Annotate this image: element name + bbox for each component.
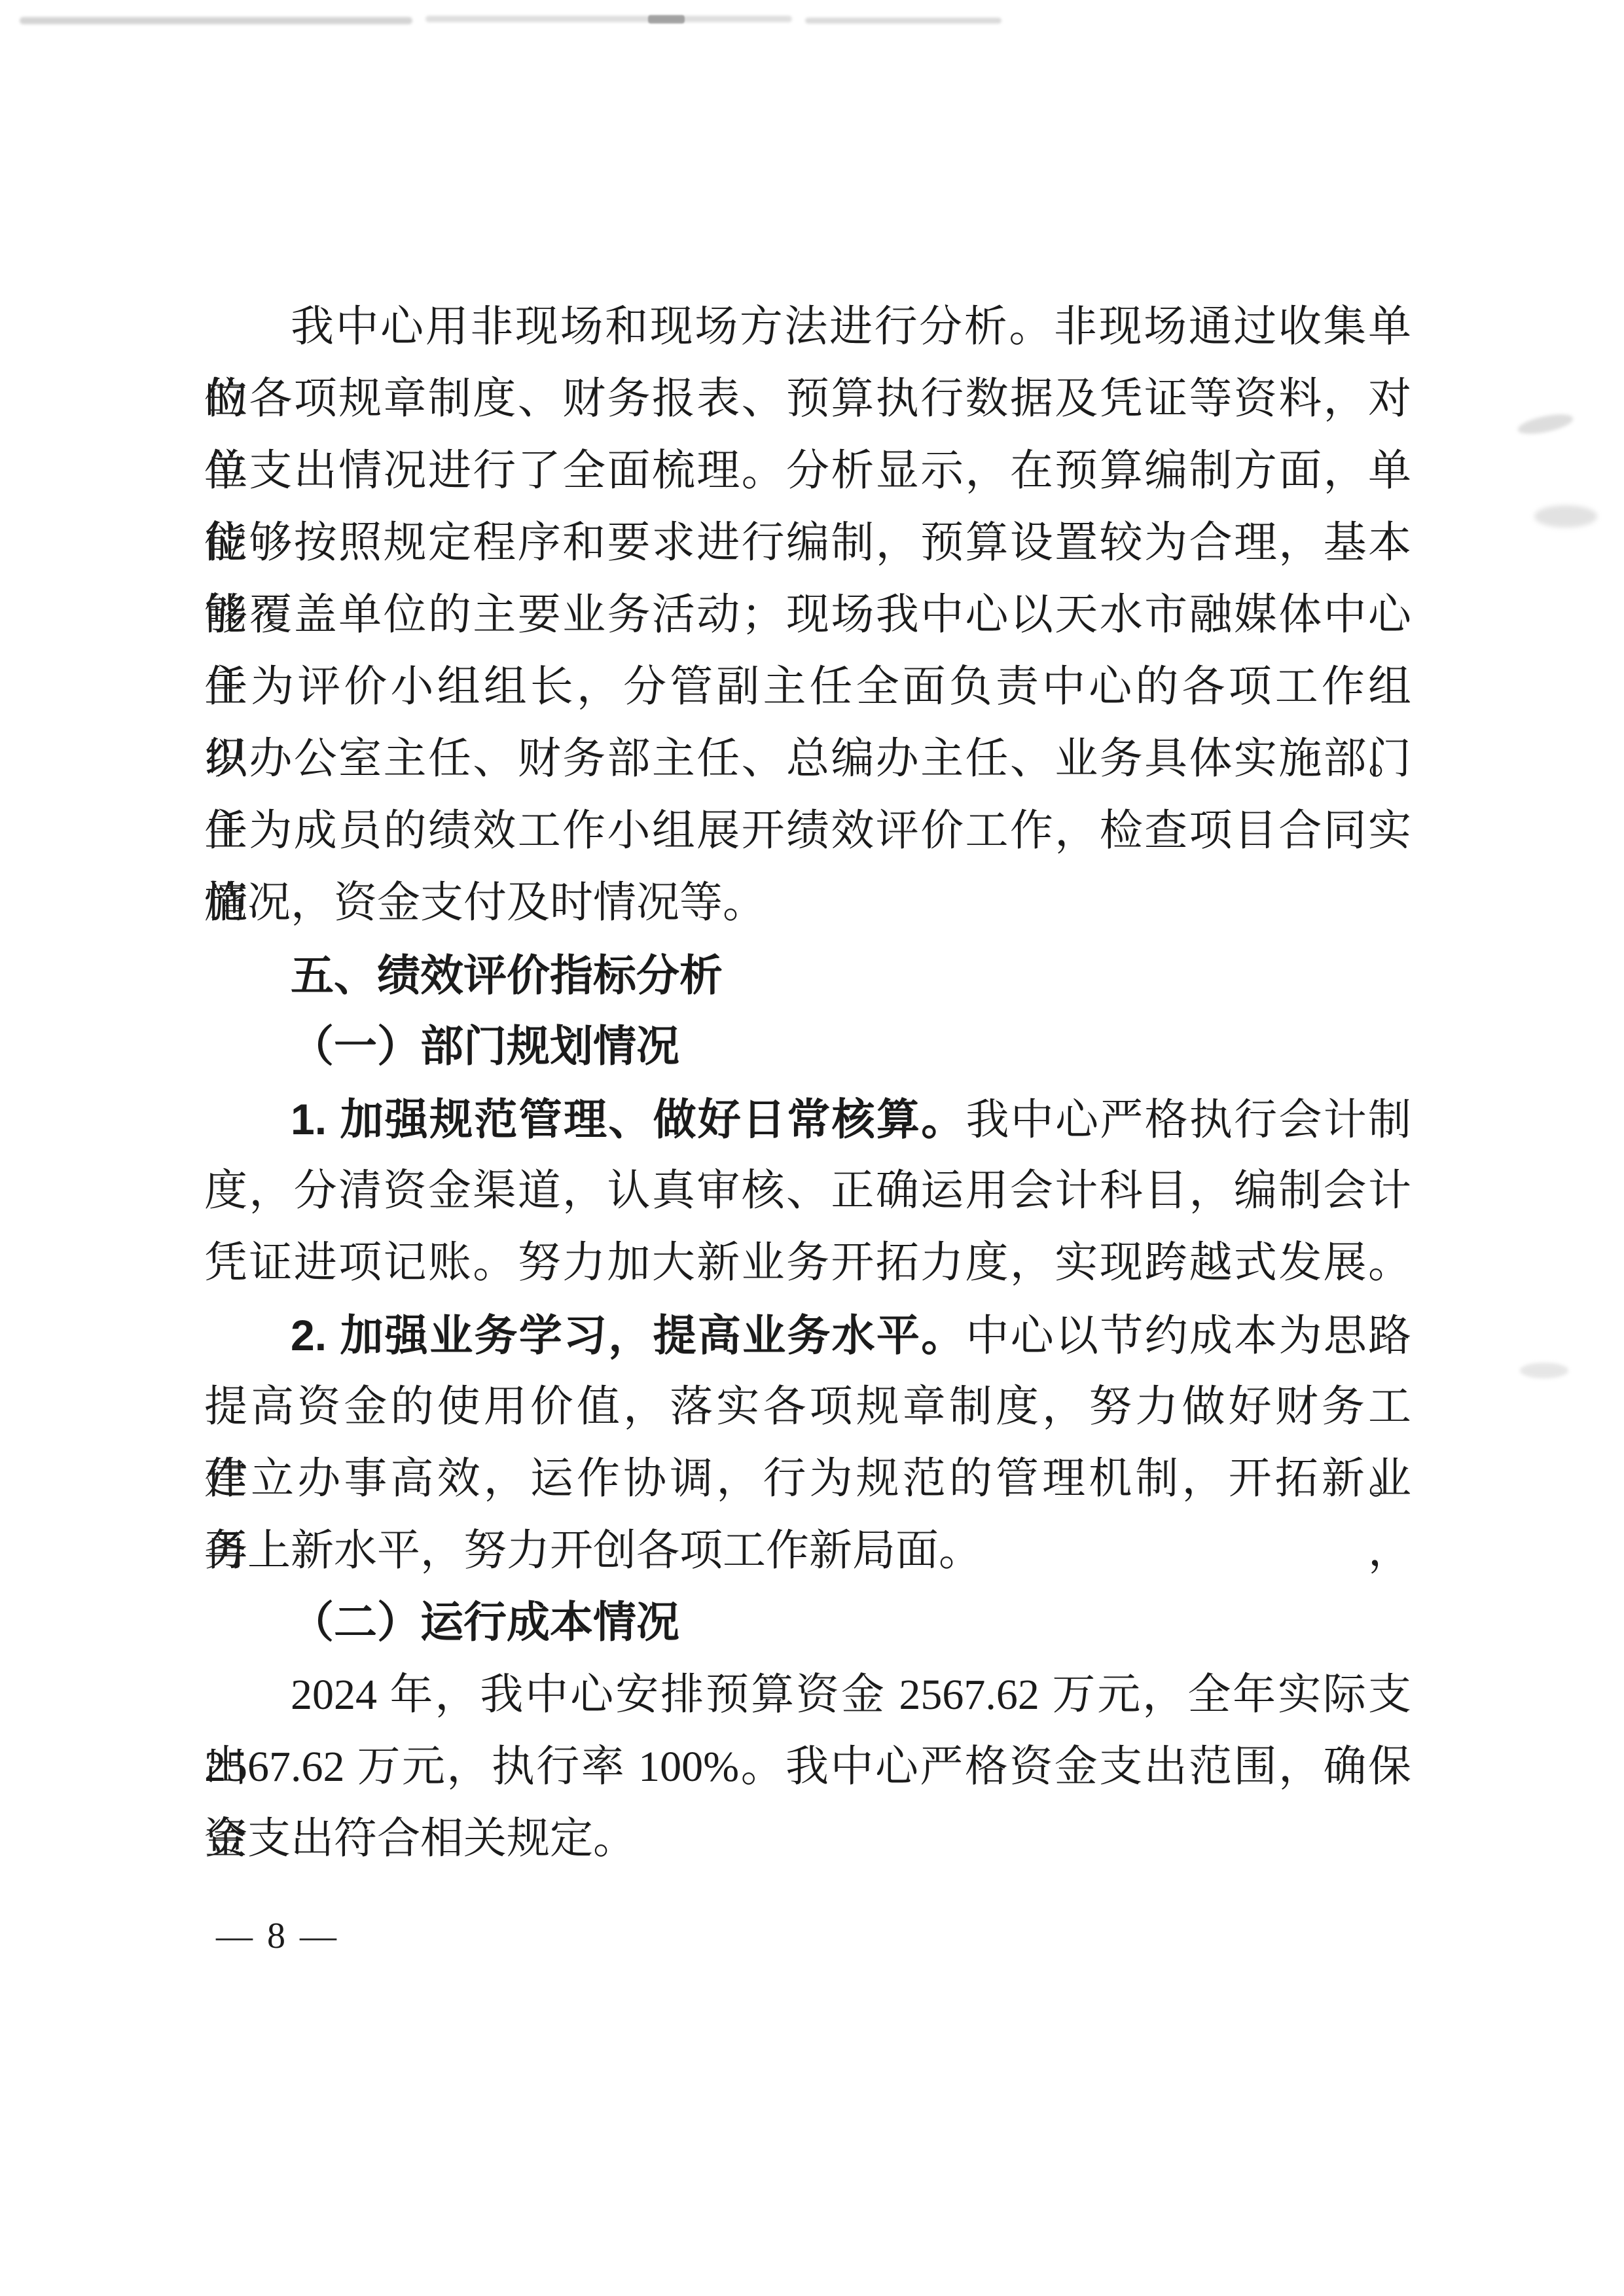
scan-smudge-artifact — [1520, 1363, 1568, 1378]
text-segment: 中心以节约成本为思路 — [966, 1312, 1411, 1360]
scanned-document-page: 我中心用非现场和现场方法进行分析。非现场通过收集单位的各项规章制度、财务报表、预… — [0, 0, 1624, 2296]
scan-streak-artifact — [20, 17, 412, 24]
subsection-heading: （一）部门规划情况 — [204, 1011, 1411, 1083]
scan-streak-artifact — [648, 15, 685, 24]
text-segment: 再上新水平，努力开创各项工作新局面。 — [204, 1527, 982, 1575]
text-line: 够覆盖单位的主要业务活动；现场我中心以天水市融媒体中心主 — [204, 579, 1411, 651]
text-line: 2. 加强业务学习，提高业务水平。中心以节约成本为思路 — [204, 1299, 1411, 1371]
text-line: 以办公室主任、财务部主任、总编办主任、业务具体实施部门主 — [204, 723, 1411, 795]
page-number: — 8 — — [216, 1912, 339, 1960]
text-segment: 五、绩效评价指标分析 — [291, 951, 723, 999]
text-line: 2024 年，我中心安排预算资金 2567.62 万元，全年实际支出 — [204, 1659, 1411, 1731]
scan-smudge-artifact — [1516, 410, 1574, 437]
text-line: 提高资金的使用价值，落实各项规章制度，努力做好财务工作。 — [204, 1371, 1411, 1443]
text-line: 任为成员的绩效工作小组展开绩效评价工作，检查项目合同实施 — [204, 795, 1411, 867]
scan-streak-artifact — [805, 18, 1001, 24]
text-segment: 我中心严格执行会计制 — [966, 1096, 1411, 1144]
section-heading: 五、绩效评价指标分析 — [204, 939, 1411, 1011]
text-line: 1. 加强规范管理、做好日常核算。我中心严格执行会计制 — [204, 1083, 1411, 1155]
text-segment: 情况，资金支付及时情况等。 — [204, 879, 766, 927]
text-segment: 度，分清资金渠道，认真审核、正确运用会计科目，编制会计 — [204, 1167, 1411, 1215]
scan-smudge-artifact — [1534, 505, 1597, 528]
text-line: 位支出情况进行了全面梳理。分析显示，在预算编制方面，单位 — [204, 435, 1411, 507]
text-line: 能够按照规定程序和要求进行编制，预算设置较为合理，基本能 — [204, 507, 1411, 579]
text-line: 凭证进项记账。努力加大新业务开拓力度，实现跨越式发展。 — [204, 1227, 1411, 1299]
text-segment: 1. 加强规范管理、做好日常核算。 — [291, 1095, 966, 1143]
document-text-block: 我中心用非现场和现场方法进行分析。非现场通过收集单位的各项规章制度、财务报表、预… — [204, 291, 1411, 1875]
scan-streak-artifact — [425, 16, 792, 22]
text-line: 建立办事高效，运作协调，行为规范的管理机制，开拓新业务， — [204, 1443, 1411, 1515]
text-segment: 金支出符合相关规定。 — [204, 1815, 636, 1863]
text-line: 的各项规章制度、财务报表、预算执行数据及凭证等资料，对单 — [204, 363, 1411, 435]
text-segment: 2. 加强业务学习，提高业务水平。 — [291, 1311, 966, 1359]
subsection-heading: （二）运行成本情况 — [204, 1587, 1411, 1659]
text-line: 2567.62 万元，执行率 100%。我中心严格资金支出范围，确保资 — [204, 1731, 1411, 1803]
text-line: 金支出符合相关规定。 — [204, 1803, 1411, 1875]
text-segment: （一）部门规划情况 — [291, 1023, 679, 1071]
text-line: 情况，资金支付及时情况等。 — [204, 867, 1411, 939]
text-line: 度，分清资金渠道，认真审核、正确运用会计科目，编制会计 — [204, 1155, 1411, 1227]
text-line: 任为评价小组组长，分管副主任全面负责中心的各项工作组织。 — [204, 651, 1411, 723]
text-segment: （二）运行成本情况 — [291, 1599, 679, 1647]
text-segment: 凭证进项记账。努力加大新业务开拓力度，实现跨越式发展。 — [204, 1239, 1411, 1287]
text-line: 我中心用非现场和现场方法进行分析。非现场通过收集单位 — [204, 291, 1411, 363]
